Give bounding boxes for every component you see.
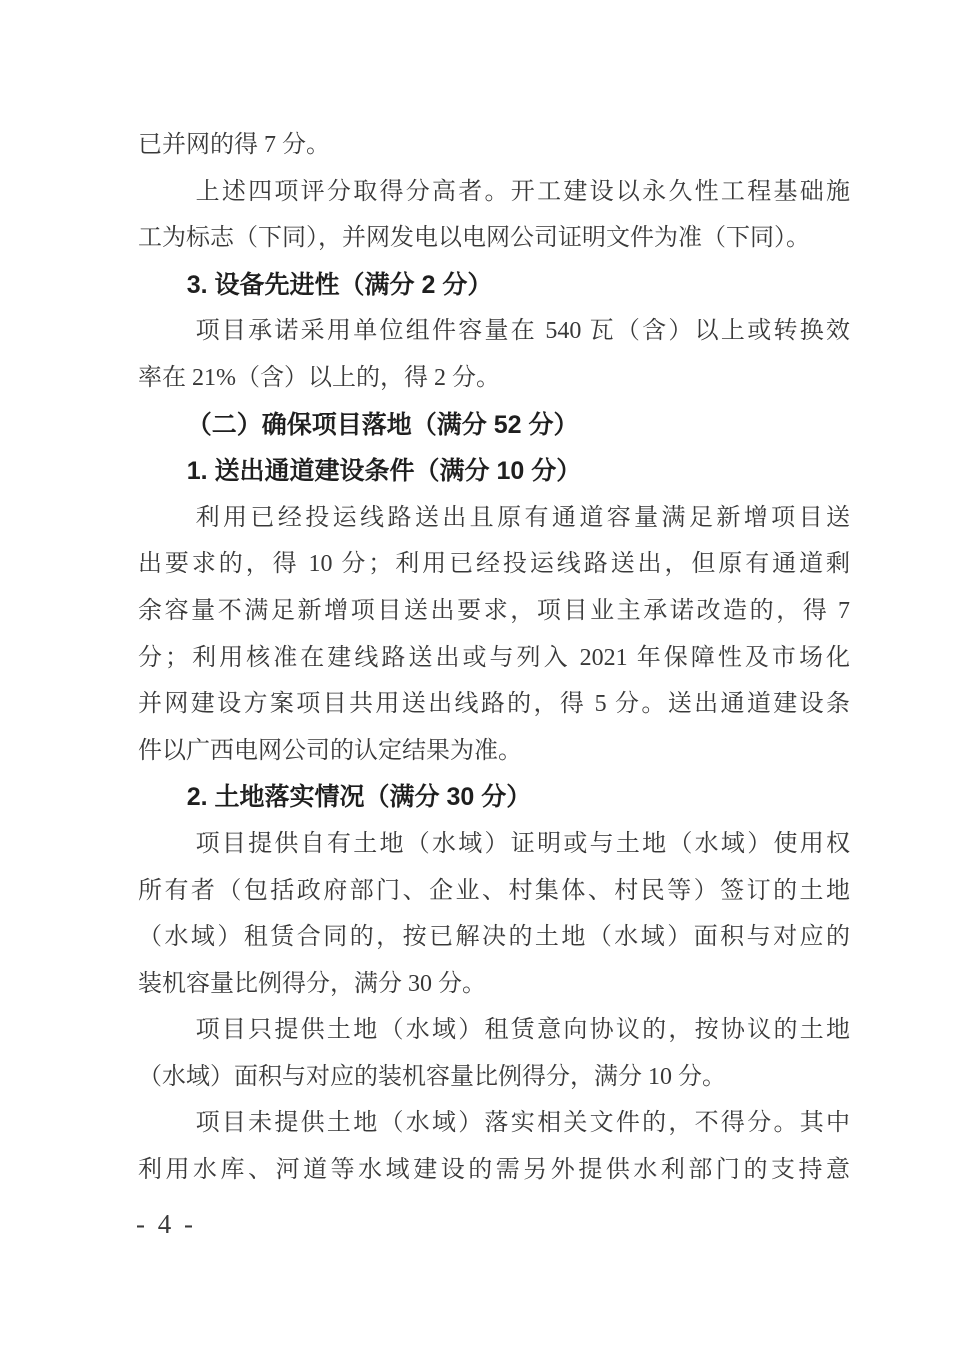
paragraph-block: 上述四项评分取得分高者。开工建设以永久性工程基础施工为标志（下同），并网发电以电… <box>138 169 850 262</box>
text-line: 项目只提供土地（水域）租赁意向协议的，按协议的土地 <box>138 1007 850 1054</box>
paragraph-block: 项目承诺采用单位组件容量在 540 瓦（含）以上或转换效率在 21%（含）以上的… <box>138 308 850 401</box>
page-number: - 4 - <box>136 1204 196 1244</box>
text-line: 并网建设方案项目共用送出线路的，得 5 分。送出通道建设条 <box>138 681 850 728</box>
text-line: 余容量不满足新增项目送出要求，项目业主承诺改造的，得 7 <box>138 588 850 635</box>
heading-block: 1. 送出通道建设条件（满分 10 分） <box>138 448 850 495</box>
paragraph-block: 项目只提供土地（水域）租赁意向协议的，按协议的土地（水域）面积与对应的装机容量比… <box>138 1007 850 1100</box>
text-line: 利用水库、河道等水域建设的需另外提供水利部门的支持意 <box>138 1147 850 1194</box>
text-line: 已并网的得 7 分。 <box>138 122 850 169</box>
paragraph-block: 已并网的得 7 分。 <box>138 122 850 169</box>
heading-line: 2. 土地落实情况（满分 30 分） <box>138 774 850 821</box>
text-line: 项目提供自有土地（水域）证明或与土地（水域）使用权 <box>138 821 850 868</box>
heading-block: 2. 土地落实情况（满分 30 分） <box>138 774 850 821</box>
text-line: 件以广西电网公司的认定结果为准。 <box>138 728 850 775</box>
paragraph-block: 利用已经投运线路送出且原有通道容量满足新增项目送出要求的，得 10 分；利用已经… <box>138 495 850 775</box>
text-line: 出要求的，得 10 分；利用已经投运线路送出，但原有通道剩 <box>138 541 850 588</box>
text-line: 率在 21%（含）以上的，得 2 分。 <box>138 355 850 402</box>
document-body: 已并网的得 7 分。上述四项评分取得分高者。开工建设以永久性工程基础施工为标志（… <box>138 122 850 1194</box>
text-line: 项目承诺采用单位组件容量在 540 瓦（含）以上或转换效 <box>138 308 850 355</box>
heading-block: 3. 设备先进性（满分 2 分） <box>138 262 850 309</box>
text-line: 装机容量比例得分，满分 30 分。 <box>138 961 850 1008</box>
text-line: 上述四项评分取得分高者。开工建设以永久性工程基础施 <box>138 169 850 216</box>
text-line: 工为标志（下同），并网发电以电网公司证明文件为准（下同）。 <box>138 215 850 262</box>
text-line: 所有者（包括政府部门、企业、村集体、村民等）签订的土地 <box>138 868 850 915</box>
text-line: 项目未提供土地（水域）落实相关文件的，不得分。其中 <box>138 1100 850 1147</box>
heading-block: （二）确保项目落地（满分 52 分） <box>138 402 850 449</box>
paragraph-block: 项目提供自有土地（水域）证明或与土地（水域）使用权所有者（包括政府部门、企业、村… <box>138 821 850 1007</box>
document-page: 已并网的得 7 分。上述四项评分取得分高者。开工建设以永久性工程基础施工为标志（… <box>0 0 962 1361</box>
text-line: 分；利用核准在建线路送出或与列入 2021 年保障性及市场化 <box>138 635 850 682</box>
heading-line: （二）确保项目落地（满分 52 分） <box>138 402 850 449</box>
text-line: （水域）租赁合同的，按已解决的土地（水域）面积与对应的 <box>138 914 850 961</box>
heading-line: 1. 送出通道建设条件（满分 10 分） <box>138 448 850 495</box>
text-line: （水域）面积与对应的装机容量比例得分，满分 10 分。 <box>138 1054 850 1101</box>
heading-line: 3. 设备先进性（满分 2 分） <box>138 262 850 309</box>
text-line: 利用已经投运线路送出且原有通道容量满足新增项目送 <box>138 495 850 542</box>
paragraph-block: 项目未提供土地（水域）落实相关文件的，不得分。其中利用水库、河道等水域建设的需另… <box>138 1100 850 1193</box>
